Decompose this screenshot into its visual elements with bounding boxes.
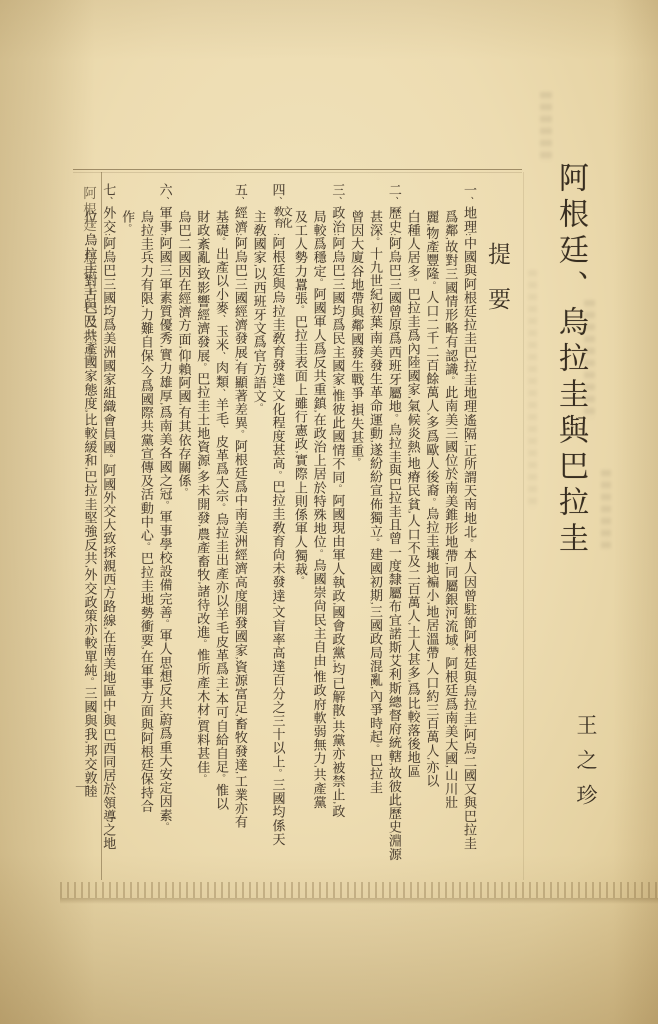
body-column: 基礎。出產以小麥、玉米、肉類、羊毛、皮革爲大宗。烏拉圭出產亦以羊毛皮革爲主,本可… xyxy=(211,183,230,885)
body-column: 四、文化敎育:阿根廷與烏拉圭敎育發達,文化程度甚高。巴拉圭敎育尙未發達,文盲率高… xyxy=(268,183,290,885)
scan-artifact xyxy=(540,92,552,162)
body-column: 二、歷史:阿烏巴三國曾原爲西班牙屬地。烏拉圭與巴拉圭且曾一度隸屬布宜諾斯艾利斯總… xyxy=(384,183,403,885)
body-column: 烏巴二國因在經濟方面,仰賴阿國,有其依存關係。 xyxy=(174,183,193,885)
body-column: 三、政治:阿烏巴三國均爲民主國家,惟彼此國情不同。阿國現由軍人執政,國會政黨,均… xyxy=(328,183,347,885)
body-column: 五、經濟:阿烏巴三國經濟發展,有顯著差異。阿根廷爲中南美洲經濟高度開發國家,資源… xyxy=(230,183,249,885)
scan-artifact xyxy=(528,270,537,510)
body-column: 作。 xyxy=(117,183,136,885)
body-column: 甚深。十九世紀初葉,南美發生革命運動,遂紛紛宣佈獨立。建國初期,三國政局混亂,內… xyxy=(365,183,384,885)
body-column: 麗,物產豐隆。人口二千二百餘萬人,多爲歐人後裔。烏拉圭壤地褊小,地居溫帶,人口約… xyxy=(422,183,441,885)
page-number: 一 xyxy=(72,780,92,810)
deckle-edge xyxy=(60,882,658,898)
body-column: 烏拉圭兵力有限,力難自保,今爲國際共黨宣傳及活動中心。巴拉圭地勢衝要,在軍事方面… xyxy=(136,183,155,885)
body-right-faint-line xyxy=(523,172,524,880)
scan-artifact xyxy=(601,470,611,550)
scanned-page: 阿根廷、烏拉圭與巴拉圭 提要 王之珍 一、地理:中國與阿根廷拉圭巴拉圭地理遙隔,… xyxy=(0,0,658,1024)
margin-running-title: 阿根廷、烏拉圭與巴拉圭 xyxy=(78,186,98,386)
body-column: 爲鄰,故對三國情形略有認識。此南美三國位於南美錐形地帶,同屬銀河流域。阿根廷爲南… xyxy=(440,183,459,885)
body-column: 及工人勢力囂張。巴拉圭表面上雖行憲政,實際上則係軍人獨裁。 xyxy=(290,183,309,885)
double-line-heading: 文化敎育 xyxy=(273,206,290,233)
body-column: 白種人居多。巴拉圭爲內陸國家,氣候炎熱,地瘠民貧,人口不及二百萬人,土人甚多,爲… xyxy=(403,183,422,885)
body-column: 六、軍事:阿國三軍素質優秀,實力雄厚,爲南美各國之冠。軍事學校設備完善。軍人思想… xyxy=(155,183,174,885)
abstract-heading: 提要 xyxy=(486,242,514,352)
body-column: 主敎國家,以西班牙文爲官方語文。 xyxy=(249,183,268,885)
body-column: 局較爲穩定。阿國軍人爲反共重鎮,在政治上居於特殊地位。烏國崇尙民主自由,惟政府軟… xyxy=(309,183,328,885)
top-divider-line xyxy=(73,169,522,170)
body-column: 七、外交:阿烏巴三國均爲美洲國家組織會員國。阿國外交大致採親西方路線,在南美地區… xyxy=(98,183,117,885)
scan-artifact xyxy=(584,300,595,420)
body-columns: 一、地理:中國與阿根廷拉圭巴拉圭地理遙隔,正所謂天南地北。本人因曾駐節阿根廷與烏… xyxy=(104,183,478,885)
author-name: 王之珍 xyxy=(575,714,601,834)
deckle-edge-shadow xyxy=(60,898,658,904)
body-column: 一、地理:中國與阿根廷拉圭巴拉圭地理遙隔,正所謂天南地北。本人因曾駐節阿根廷與烏… xyxy=(459,183,478,885)
body-column: 財政紊亂,致影響經濟發展。巴拉圭土地資源,多未開發,農產畜牧,諸待改進。惟所產木… xyxy=(192,183,211,885)
top-divider-line-shadow xyxy=(73,172,522,173)
body-column: 曾因大廈谷地帶與鄰國發生戰爭,損失甚重。 xyxy=(346,183,365,885)
